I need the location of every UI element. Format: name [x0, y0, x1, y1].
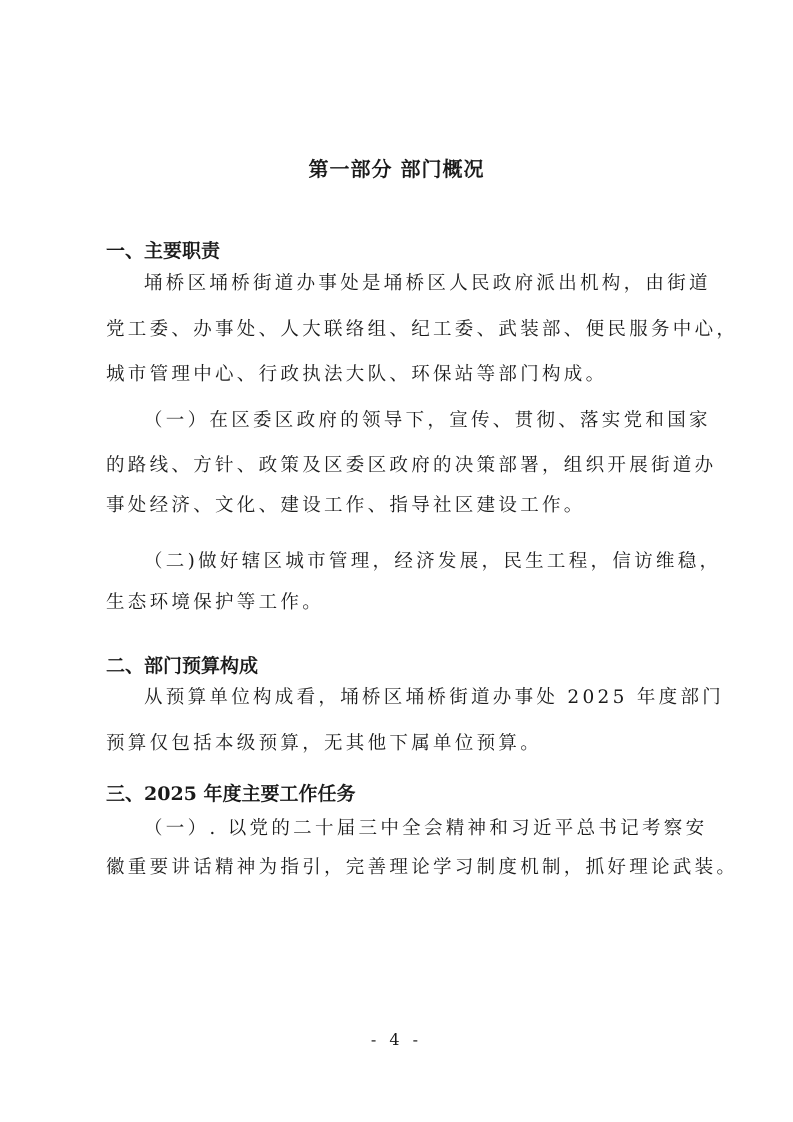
paragraph-line: （一）在区委区政府的领导下，宣传、贯彻、落实党和国家 — [144, 406, 736, 432]
paragraph-line: 埇桥区埇桥街道办事处是埇桥区人民政府派出机构，由街道 — [144, 269, 736, 295]
paragraph-line: 的路线、方针、政策及区委区政府的决策部署，组织开展街道办 — [106, 451, 698, 477]
paragraph-line: 生态环境保护等工作。 — [106, 588, 698, 614]
paragraph-line: 事处经济、文化、建设工作、指导社区建设工作。 — [106, 491, 698, 517]
paragraph-line: （一）. 以党的二十届三中全会精神和习近平总书记考察安 — [144, 814, 736, 840]
paragraph-line: （二)做好辖区城市管理，经济发展，民生工程，信访维稳， — [144, 547, 736, 573]
page-number: - 4 - — [0, 1030, 793, 1049]
paragraph-line: 党工委、办事处、人大联络组、纪工委、武装部、便民服务中心， — [106, 315, 698, 341]
section-heading-duties: 一、主要职责 — [106, 236, 220, 263]
paragraph-line: 预算仅包括本级预算，无其他下属单位预算。 — [106, 729, 698, 755]
section-heading-tasks: 三、2025 年度主要工作任务 — [106, 779, 356, 806]
paragraph-line: 从预算单位构成看，埇桥区埇桥街道办事处 2025 年度部门 — [144, 683, 736, 709]
section-heading-budget: 二、部门预算构成 — [106, 651, 258, 678]
paragraph-line: 城市管理中心、行政执法大队、环保站等部门构成。 — [106, 360, 698, 386]
paragraph-line: 徽重要讲话精神为指引，完善理论学习制度机制，抓好理论武装。 — [106, 853, 698, 879]
page-title: 第一部分 部门概况 — [0, 153, 793, 182]
document-page: 第一部分 部门概况 一、主要职责 埇桥区埇桥街道办事处是埇桥区人民政府派出机构，… — [0, 0, 793, 1122]
